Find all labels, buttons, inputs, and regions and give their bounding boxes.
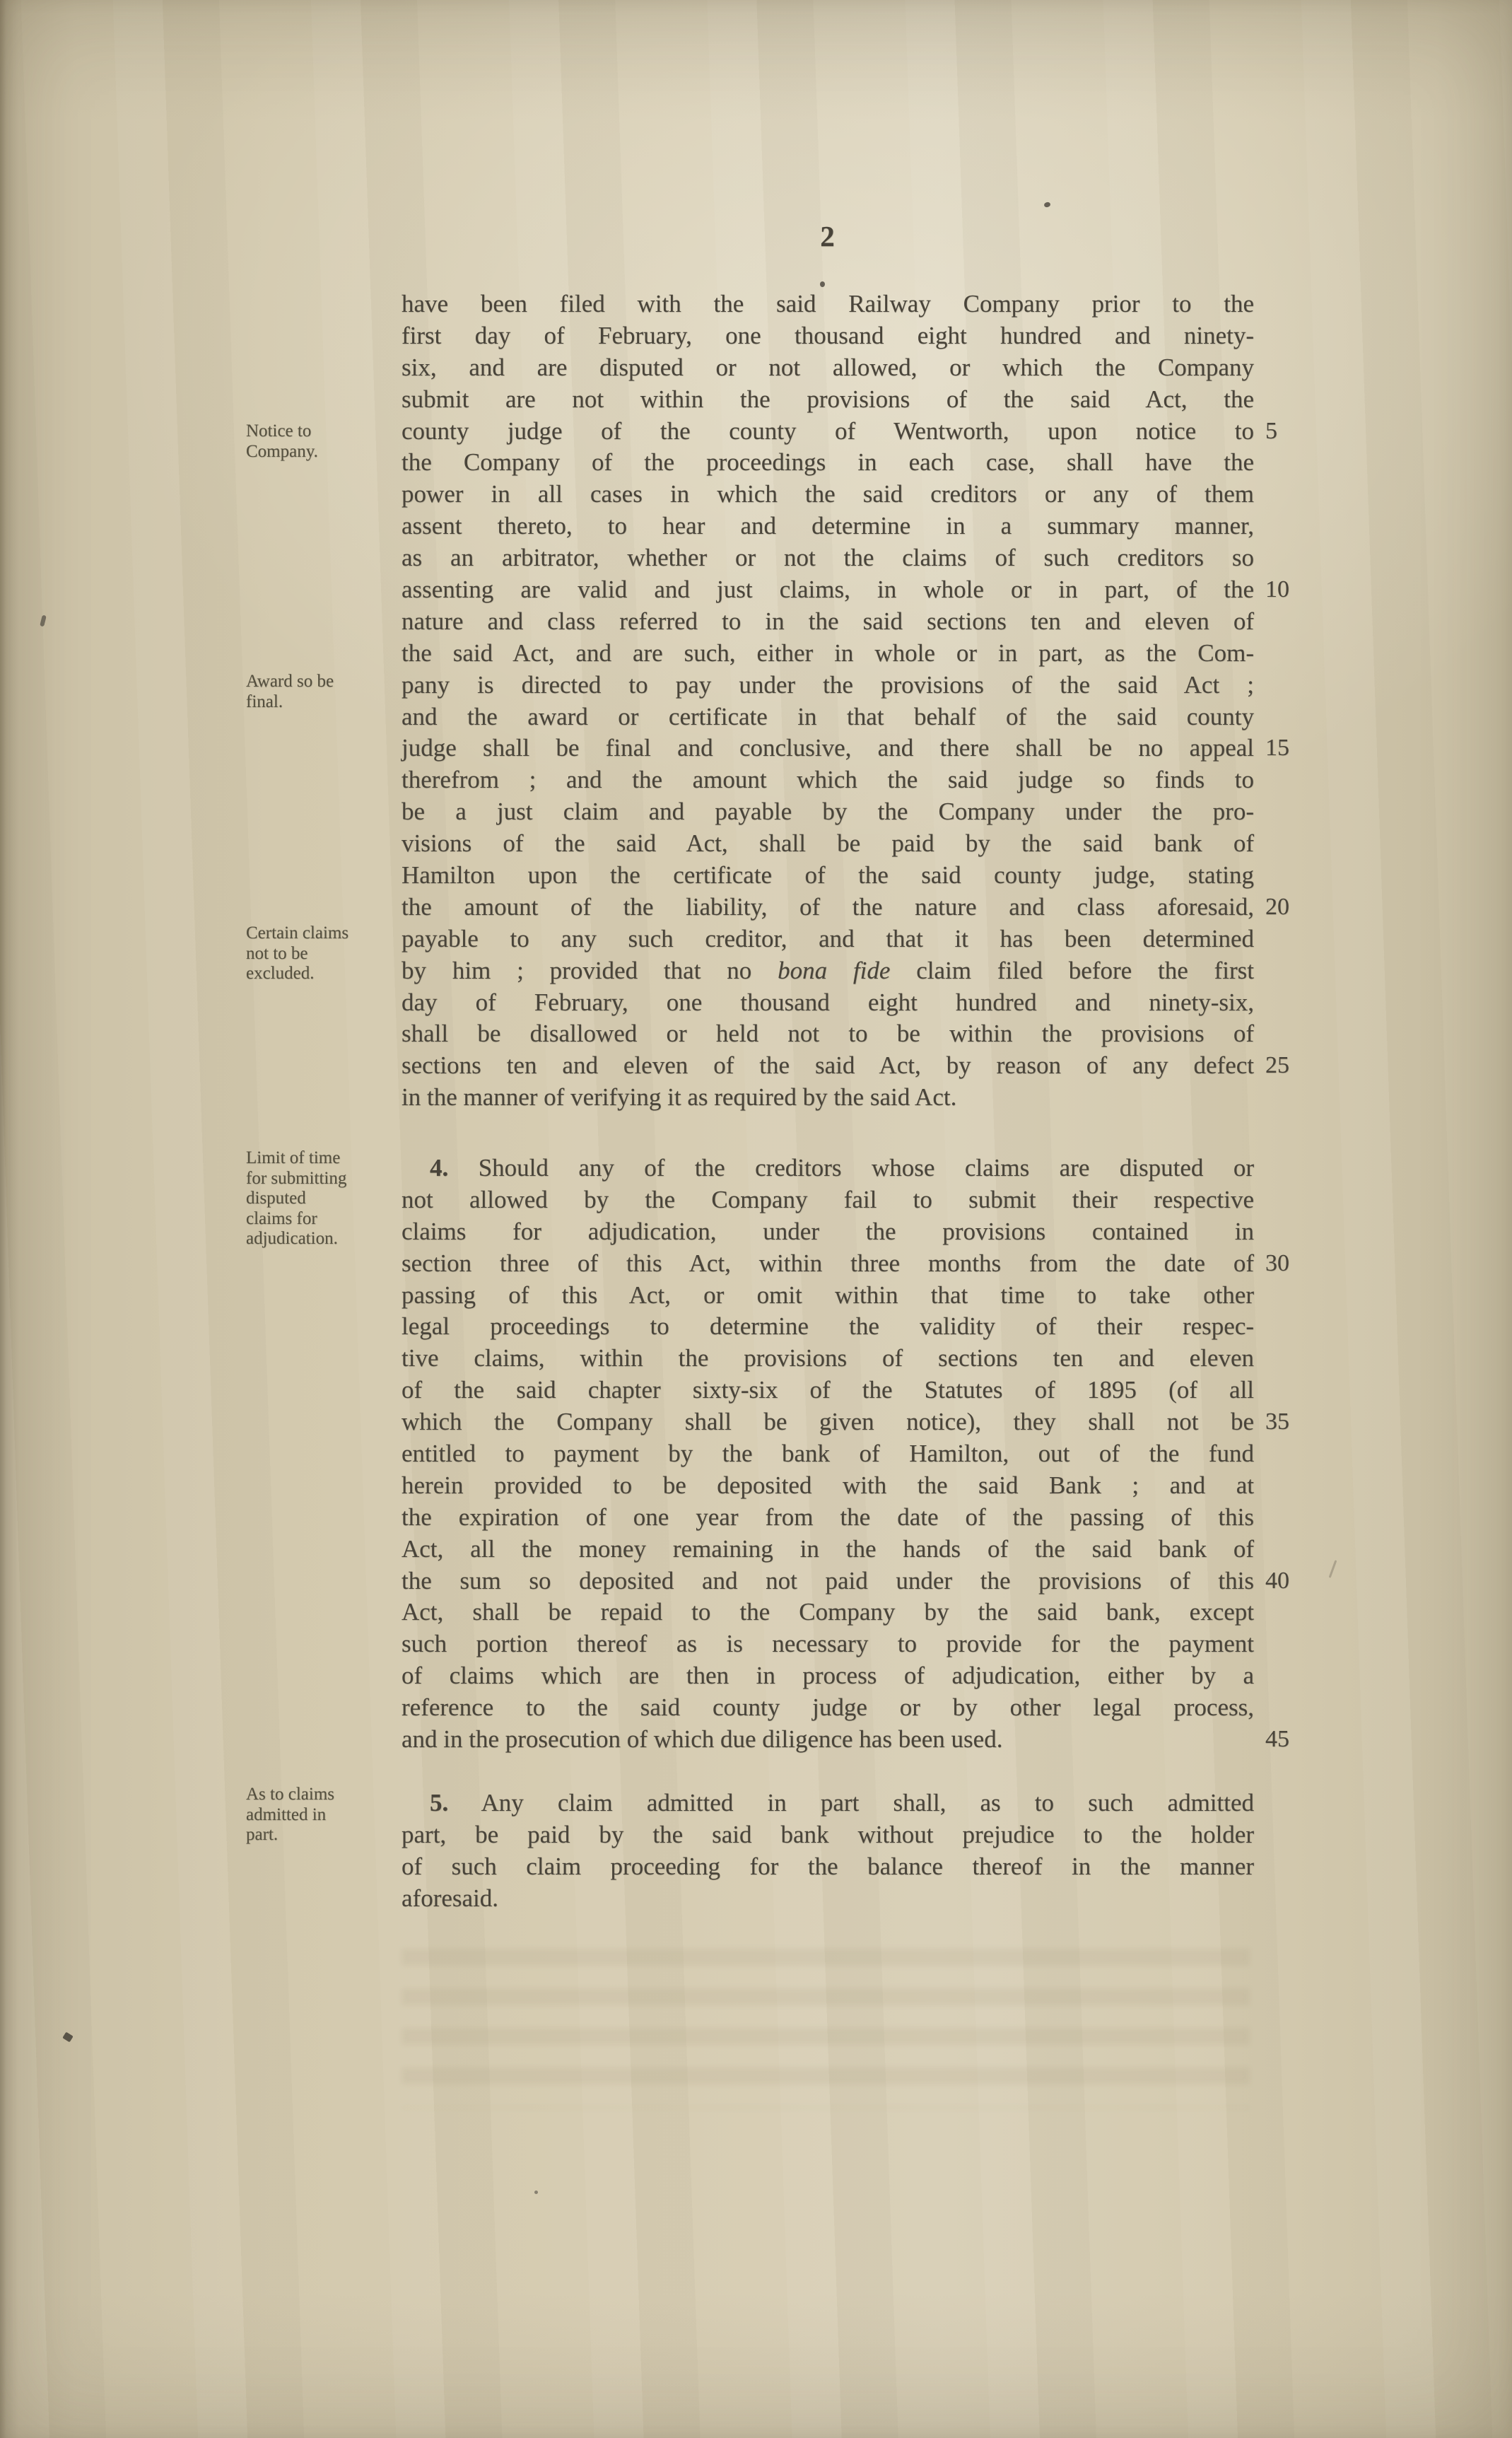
text-segment: judge shall be final and conclusive, and… xyxy=(402,734,1254,762)
text-segment: assent thereto, to hear and determine in… xyxy=(402,512,1254,539)
text-line: submit are not within the provisions of … xyxy=(402,384,1254,416)
text-segment: shall be disallowed or held not to be wi… xyxy=(402,1020,1254,1047)
text-segment: be a just claim and payable by the Compa… xyxy=(402,798,1254,825)
margin-note-line: excluded. xyxy=(246,964,400,984)
text-line: part, be paid by the said bank without p… xyxy=(402,1819,1254,1851)
text-line: as an arbitrator, whether or not the cla… xyxy=(402,542,1254,574)
line-number: 35 xyxy=(1265,1406,1289,1438)
paragraph: have been filed with the said Railway Co… xyxy=(402,288,1254,1114)
text-line: which the Company shall be given notice)… xyxy=(402,1406,1254,1438)
text-segment: Act, all the money remaining in the hand… xyxy=(402,1535,1254,1563)
text-segment: county judge of the county of Wentworth,… xyxy=(402,417,1254,445)
text-line: Act, all the money remaining in the hand… xyxy=(402,1534,1254,1565)
page-number: 2 xyxy=(402,219,1254,253)
text-segment: Hamilton upon the certificate of the sai… xyxy=(402,861,1254,889)
margin-note-line: for submitting xyxy=(246,1169,400,1189)
text-line: first day of February, one thousand eigh… xyxy=(402,320,1254,352)
text-segment: 5. xyxy=(430,1789,448,1816)
text-segment: submit are not within the provisions of … xyxy=(402,385,1254,413)
text-line: be a just claim and payable by the Compa… xyxy=(402,796,1254,828)
text-line: claims for adjudication, under the provi… xyxy=(402,1216,1254,1248)
text-segment: passing of this Act, or omit within that… xyxy=(402,1281,1254,1309)
text-line: payable to any such creditor, and that i… xyxy=(402,923,1254,955)
text-segment: of such claim proceeding for the balance… xyxy=(402,1853,1254,1880)
margin-note: Certain claimsnot to beexcluded. xyxy=(246,923,400,984)
text-line: 4. Should any of the creditors whose cla… xyxy=(402,1153,1254,1184)
text-segment: as an arbitrator, whether or not the cla… xyxy=(402,544,1254,571)
text-line: therefrom ; and the amount which the sai… xyxy=(402,764,1254,796)
text-line: have been filed with the said Railway Co… xyxy=(402,288,1254,320)
text-segment: herein provided to be deposited with the… xyxy=(402,1471,1254,1499)
text-segment: by him ; provided that no xyxy=(402,957,778,984)
text-line: and the award or certificate in that beh… xyxy=(402,701,1254,733)
line-number: 40 xyxy=(1265,1565,1289,1597)
text-line: such portion thereof as is necessary to … xyxy=(402,1628,1254,1660)
paragraph: 4. Should any of the creditors whose cla… xyxy=(402,1153,1254,1756)
text-segment: first day of February, one thousand eigh… xyxy=(402,322,1254,349)
margin-note-line: not to be xyxy=(246,944,400,964)
text-segment: sections ten and eleven of the said Act,… xyxy=(402,1051,1254,1079)
text-line: passing of this Act, or omit within that… xyxy=(402,1280,1254,1312)
bleed-through-artifact xyxy=(402,1949,1250,2109)
document-page: 2 Notice toCompany.Award so befinal.Cert… xyxy=(0,0,1512,2438)
text-segment: 4. xyxy=(430,1154,448,1182)
scan-speck xyxy=(820,281,825,287)
text-line: county judge of the county of Wentworth,… xyxy=(402,416,1254,448)
text-line: the amount of the liability, of the natu… xyxy=(402,892,1254,923)
text-segment: payable to any such creditor, and that i… xyxy=(402,925,1254,952)
text-line: nature and class referred to in the said… xyxy=(402,606,1254,638)
text-segment: such portion thereof as is necessary to … xyxy=(402,1630,1254,1657)
text-line: of such claim proceeding for the balance… xyxy=(402,1851,1254,1883)
text-segment: have been filed with the said Railway Co… xyxy=(402,290,1254,317)
text-segment: bona fide xyxy=(778,957,890,984)
text-segment: the Company of the proceedings in each c… xyxy=(402,448,1254,476)
text-segment: six, and are disputed or not allowed, or… xyxy=(402,354,1254,381)
text-line: herein provided to be deposited with the… xyxy=(402,1470,1254,1502)
text-segment: of claims which are then in process of a… xyxy=(402,1662,1254,1689)
scan-speck xyxy=(534,2191,538,2194)
text-line: legal proceedings to determine the valid… xyxy=(402,1311,1254,1343)
text-segment: of the said chapter sixty-six of the Sta… xyxy=(402,1376,1254,1404)
text-line: day of February, one thousand eight hund… xyxy=(402,987,1254,1019)
text-line: section three of this Act, within three … xyxy=(402,1248,1254,1280)
line-number: 10 xyxy=(1265,574,1289,606)
text-line: visions of the said Act, shall be paid b… xyxy=(402,828,1254,860)
text-line: sections ten and eleven of the said Act,… xyxy=(402,1050,1254,1082)
line-number: 45 xyxy=(1265,1724,1289,1756)
text-segment: not allowed by the Company fail to submi… xyxy=(402,1186,1254,1213)
text-line: the said Act, and are such, either in wh… xyxy=(402,638,1254,670)
text-segment: which the Company shall be given notice)… xyxy=(402,1408,1254,1435)
text-line: in the manner of verifying it as require… xyxy=(402,1082,1254,1114)
text-segment: assenting are valid and just claims, in … xyxy=(402,576,1254,603)
text-segment: legal proceedings to determine the valid… xyxy=(402,1312,1254,1340)
margin-note-line: Certain claims xyxy=(246,923,400,944)
margin-note-line: adjudication. xyxy=(246,1229,400,1249)
scan-speck xyxy=(40,615,47,627)
margin-note: Limit of timefor submittingdisputedclaim… xyxy=(246,1148,400,1249)
margin-note-line: Company. xyxy=(246,442,400,462)
text-segment: day of February, one thousand eight hund… xyxy=(402,988,1254,1016)
text-segment: therefrom ; and the amount which the sai… xyxy=(402,766,1254,793)
text-line: and in the prosecution of which due dili… xyxy=(402,1724,1254,1756)
paragraph: 5. Any claim admitted in part shall, as … xyxy=(402,1787,1254,1915)
text-segment: entitled to payment by the bank of Hamil… xyxy=(402,1440,1254,1467)
margin-note: As to claimsadmitted inpart. xyxy=(246,1785,400,1845)
text-line: Act, shall be repaid to the Company by t… xyxy=(402,1597,1254,1628)
text-line: 5. Any claim admitted in part shall, as … xyxy=(402,1787,1254,1819)
margin-note-line: As to claims xyxy=(246,1785,400,1805)
scan-speck xyxy=(62,2032,73,2043)
text-segment: reference to the said county judge or by… xyxy=(402,1693,1254,1721)
text-segment: and in the prosecution of which due dili… xyxy=(402,1725,1002,1753)
margin-note-line: Award so be xyxy=(246,672,400,692)
margin-note-line: Notice to xyxy=(246,421,400,442)
text-line: by him ; provided that no bona fide clai… xyxy=(402,955,1254,987)
text-line: six, and are disputed or not allowed, or… xyxy=(402,352,1254,384)
line-number: 20 xyxy=(1265,892,1289,923)
text-line: reference to the said county judge or by… xyxy=(402,1692,1254,1724)
text-line: Hamilton upon the certificate of the sai… xyxy=(402,860,1254,892)
text-line: the expiration of one year from the date… xyxy=(402,1502,1254,1534)
margin-note-line: final. xyxy=(246,692,400,713)
text-segment: Act, shall be repaid to the Company by t… xyxy=(402,1598,1254,1626)
text-segment: pany is directed to pay under the provis… xyxy=(402,671,1254,699)
text-line: tive claims, within the provisions of se… xyxy=(402,1343,1254,1375)
text-line: power in all cases in which the said cre… xyxy=(402,479,1254,511)
margin-note-line: admitted in xyxy=(246,1805,400,1826)
text-line: of the said chapter sixty-six of the Sta… xyxy=(402,1375,1254,1406)
line-number: 15 xyxy=(1265,733,1289,764)
line-number: 30 xyxy=(1265,1248,1289,1280)
text-segment: the said Act, and are such, either in wh… xyxy=(402,639,1254,667)
margin-note: Award so befinal. xyxy=(246,672,400,712)
margin-note-line: disputed xyxy=(246,1189,400,1209)
margin-note: Notice toCompany. xyxy=(246,421,400,462)
text-line: the Company of the proceedings in each c… xyxy=(402,447,1254,479)
text-segment: tive claims, within the provisions of se… xyxy=(402,1344,1254,1372)
margin-note-line: Limit of time xyxy=(246,1148,400,1169)
margin-note-line: claims for xyxy=(246,1209,400,1230)
text-line: aforesaid. xyxy=(402,1883,1254,1915)
text-segment: nature and class referred to in the said… xyxy=(402,607,1254,635)
text-line: assenting are valid and just claims, in … xyxy=(402,574,1254,606)
text-segment: visions of the said Act, shall be paid b… xyxy=(402,829,1254,857)
text-segment: in the manner of verifying it as require… xyxy=(402,1083,956,1111)
text-segment: claim filed before the first xyxy=(890,957,1254,984)
text-segment: the expiration of one year from the date… xyxy=(402,1503,1254,1531)
text-segment: section three of this Act, within three … xyxy=(402,1249,1254,1277)
text-line: entitled to payment by the bank of Hamil… xyxy=(402,1438,1254,1470)
text-segment: Should any of the creditors whose claims… xyxy=(448,1154,1254,1182)
line-number: 25 xyxy=(1265,1050,1289,1082)
text-segment: and the award or certificate in that beh… xyxy=(402,703,1254,730)
text-line: of claims which are then in process of a… xyxy=(402,1660,1254,1692)
text-line: shall be disallowed or held not to be wi… xyxy=(402,1018,1254,1050)
text-line: judge shall be final and conclusive, and… xyxy=(402,733,1254,764)
text-line: the sum so deposited and not paid under … xyxy=(402,1565,1254,1597)
text-segment: power in all cases in which the said cre… xyxy=(402,480,1254,508)
text-segment: Any claim admitted in part shall, as to … xyxy=(448,1789,1254,1816)
text-line: assent thereto, to hear and determine in… xyxy=(402,511,1254,542)
text-segment: the amount of the liability, of the natu… xyxy=(402,893,1254,921)
text-line: pany is directed to pay under the provis… xyxy=(402,670,1254,701)
text-line: not allowed by the Company fail to submi… xyxy=(402,1184,1254,1216)
text-segment: the sum so deposited and not paid under … xyxy=(402,1567,1254,1594)
scan-speck xyxy=(1329,1560,1337,1577)
margin-note-line: part. xyxy=(246,1825,400,1845)
text-segment: aforesaid. xyxy=(402,1884,498,1912)
line-number: 5 xyxy=(1265,416,1277,448)
text-segment: claims for adjudication, under the provi… xyxy=(402,1218,1254,1245)
text-segment: part, be paid by the said bank without p… xyxy=(402,1821,1254,1848)
scan-speck xyxy=(1043,202,1051,208)
